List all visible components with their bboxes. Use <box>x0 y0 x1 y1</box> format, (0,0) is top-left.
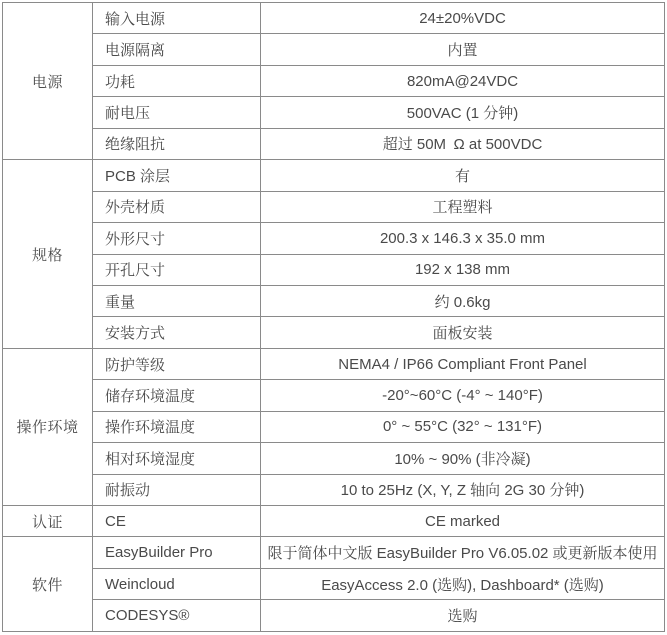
param-cell: 安装方式 <box>93 317 261 348</box>
category-cell-power: 电源 <box>3 3 93 160</box>
table-row: 储存环境温度 -20°~60°C (-4° ~ 140°F) <box>3 380 665 411</box>
table-row: CODESYS® 选购 <box>3 600 665 631</box>
value-cell: 24±20%VDC <box>261 3 665 34</box>
value-cell: 820mA@24VDC <box>261 65 665 96</box>
value-cell: 面板安装 <box>261 317 665 348</box>
table-row: Weincloud EasyAccess 2.0 (选购), Dashboard… <box>3 568 665 599</box>
table-row: 软件 EasyBuilder Pro 限于简体中文版 EasyBuilder P… <box>3 537 665 568</box>
param-cell: Weincloud <box>93 568 261 599</box>
value-cell: 0° ~ 55°C (32° ~ 131°F) <box>261 411 665 442</box>
param-cell: 耐振动 <box>93 474 261 505</box>
value-cell: 192 x 138 mm <box>261 254 665 285</box>
param-cell: 操作环境温度 <box>93 411 261 442</box>
param-cell: 电源隔离 <box>93 34 261 65</box>
table-row: 耐电压 500VAC (1 分钟) <box>3 97 665 128</box>
table-row: 耐振动 10 to 25Hz (X, Y, Z 轴向 2G 30 分钟) <box>3 474 665 505</box>
param-cell: CE <box>93 506 261 537</box>
value-cell: 约 0.6kg <box>261 285 665 316</box>
table-row: 功耗 820mA@24VDC <box>3 65 665 96</box>
param-cell: 开孔尺寸 <box>93 254 261 285</box>
param-cell: CODESYS® <box>93 600 261 631</box>
spec-table-body: 电源 输入电源 24±20%VDC 电源隔离 内置 功耗 820mA@24VDC… <box>3 3 665 632</box>
value-cell: 10 to 25Hz (X, Y, Z 轴向 2G 30 分钟) <box>261 474 665 505</box>
param-cell: EasyBuilder Pro <box>93 537 261 568</box>
category-cell-specs: 规格 <box>3 160 93 349</box>
table-row: 开孔尺寸 192 x 138 mm <box>3 254 665 285</box>
value-cell: 工程塑料 <box>261 191 665 222</box>
param-cell: PCB 涂层 <box>93 160 261 191</box>
table-row: 外形尺寸 200.3 x 146.3 x 35.0 mm <box>3 223 665 254</box>
value-cell: 限于简体中文版 EasyBuilder Pro V6.05.02 或更新版本使用 <box>261 537 665 568</box>
param-cell: 功耗 <box>93 65 261 96</box>
value-cell: -20°~60°C (-4° ~ 140°F) <box>261 380 665 411</box>
category-cell-software: 软件 <box>3 537 93 631</box>
param-cell: 耐电压 <box>93 97 261 128</box>
param-cell: 防护等级 <box>93 348 261 379</box>
value-cell: 200.3 x 146.3 x 35.0 mm <box>261 223 665 254</box>
param-cell: 输入电源 <box>93 3 261 34</box>
table-row: 操作环境温度 0° ~ 55°C (32° ~ 131°F) <box>3 411 665 442</box>
table-row: 相对环境湿度 10% ~ 90% (非冷凝) <box>3 443 665 474</box>
value-cell: EasyAccess 2.0 (选购), Dashboard* (选购) <box>261 568 665 599</box>
table-row: 外壳材质 工程塑料 <box>3 191 665 222</box>
table-row: 重量 约 0.6kg <box>3 285 665 316</box>
table-row: 安装方式 面板安装 <box>3 317 665 348</box>
value-cell: 内置 <box>261 34 665 65</box>
param-cell: 外形尺寸 <box>93 223 261 254</box>
category-cell-certification: 认证 <box>3 506 93 537</box>
table-row: 操作环境 防护等级 NEMA4 / IP66 Compliant Front P… <box>3 348 665 379</box>
value-cell: 10% ~ 90% (非冷凝) <box>261 443 665 474</box>
param-cell: 重量 <box>93 285 261 316</box>
table-row: 电源 输入电源 24±20%VDC <box>3 3 665 34</box>
spec-table: 电源 输入电源 24±20%VDC 电源隔离 内置 功耗 820mA@24VDC… <box>2 2 665 632</box>
value-cell: 选购 <box>261 600 665 631</box>
category-cell-environment: 操作环境 <box>3 348 93 505</box>
table-row: 规格 PCB 涂层 有 <box>3 160 665 191</box>
param-cell: 相对环境湿度 <box>93 443 261 474</box>
value-cell: 有 <box>261 160 665 191</box>
value-cell: 500VAC (1 分钟) <box>261 97 665 128</box>
table-row: 绝缘阻抗 超过 50M Ω at 500VDC <box>3 128 665 159</box>
value-cell: NEMA4 / IP66 Compliant Front Panel <box>261 348 665 379</box>
table-row: 认证 CE CE marked <box>3 506 665 537</box>
table-row: 电源隔离 内置 <box>3 34 665 65</box>
param-cell: 绝缘阻抗 <box>93 128 261 159</box>
param-cell: 外壳材质 <box>93 191 261 222</box>
value-cell: 超过 50M Ω at 500VDC <box>261 128 665 159</box>
param-cell: 储存环境温度 <box>93 380 261 411</box>
value-cell: CE marked <box>261 506 665 537</box>
